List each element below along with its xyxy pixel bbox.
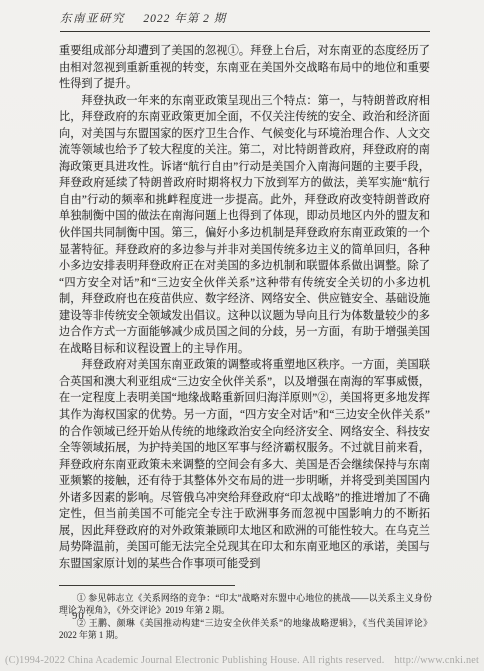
header-rule: [60, 31, 430, 32]
page-number: · 90 ·: [64, 611, 93, 622]
copyright-text: (C)1994-2022 China Academic Journal Elec…: [5, 655, 384, 666]
footnote-separator: [59, 585, 235, 586]
body-paragraph: 拜登执政一年来的东南亚政策呈现出三个特点：第一，与特朗普政府相比，拜登政府的东南…: [59, 93, 430, 358]
journal-title: 东南亚研究: [60, 13, 125, 25]
footnote-1: ① 参见韩志立《关系网络的竞争：“印太”战略对东盟中心地位的挑战——以关系主义身…: [59, 592, 432, 617]
body-paragraph: 拜登政府对美国东南亚政策的调整或将重塑地区秩序。一方面，美国联合英国和澳大利亚组…: [59, 357, 430, 572]
body-paragraph-continued: 重要组成部分却遭到了美国的忽视①。拜登上台后，对东南亚的态度经历了由相对忽视到重…: [59, 43, 430, 93]
journal-page: 东南亚研究 2022 年第 2 期 重要组成部分却遭到了美国的忽视①。拜登上台后…: [0, 0, 484, 671]
footnote-2: ② 王鹏、颜琳《美国推动构建“三边安全伙伴关系”的地缘战略逻辑》，《当代美国评论…: [59, 617, 432, 642]
article-body: 重要组成部分却遭到了美国的忽视①。拜登上台后，对东南亚的态度经历了由相对忽视到重…: [59, 43, 430, 573]
copyright-footer: (C)1994-2022 China Academic Journal Elec…: [5, 655, 479, 666]
journal-issue: 2022 年第 2 期: [143, 13, 226, 25]
cnki-url: http://www.cnki.net: [394, 655, 479, 666]
page-header: 东南亚研究 2022 年第 2 期: [60, 10, 430, 26]
footnotes-section: ① 参见韩志立《关系网络的竞争：“印太”战略对东盟中心地位的挑战——以关系主义身…: [59, 592, 432, 642]
